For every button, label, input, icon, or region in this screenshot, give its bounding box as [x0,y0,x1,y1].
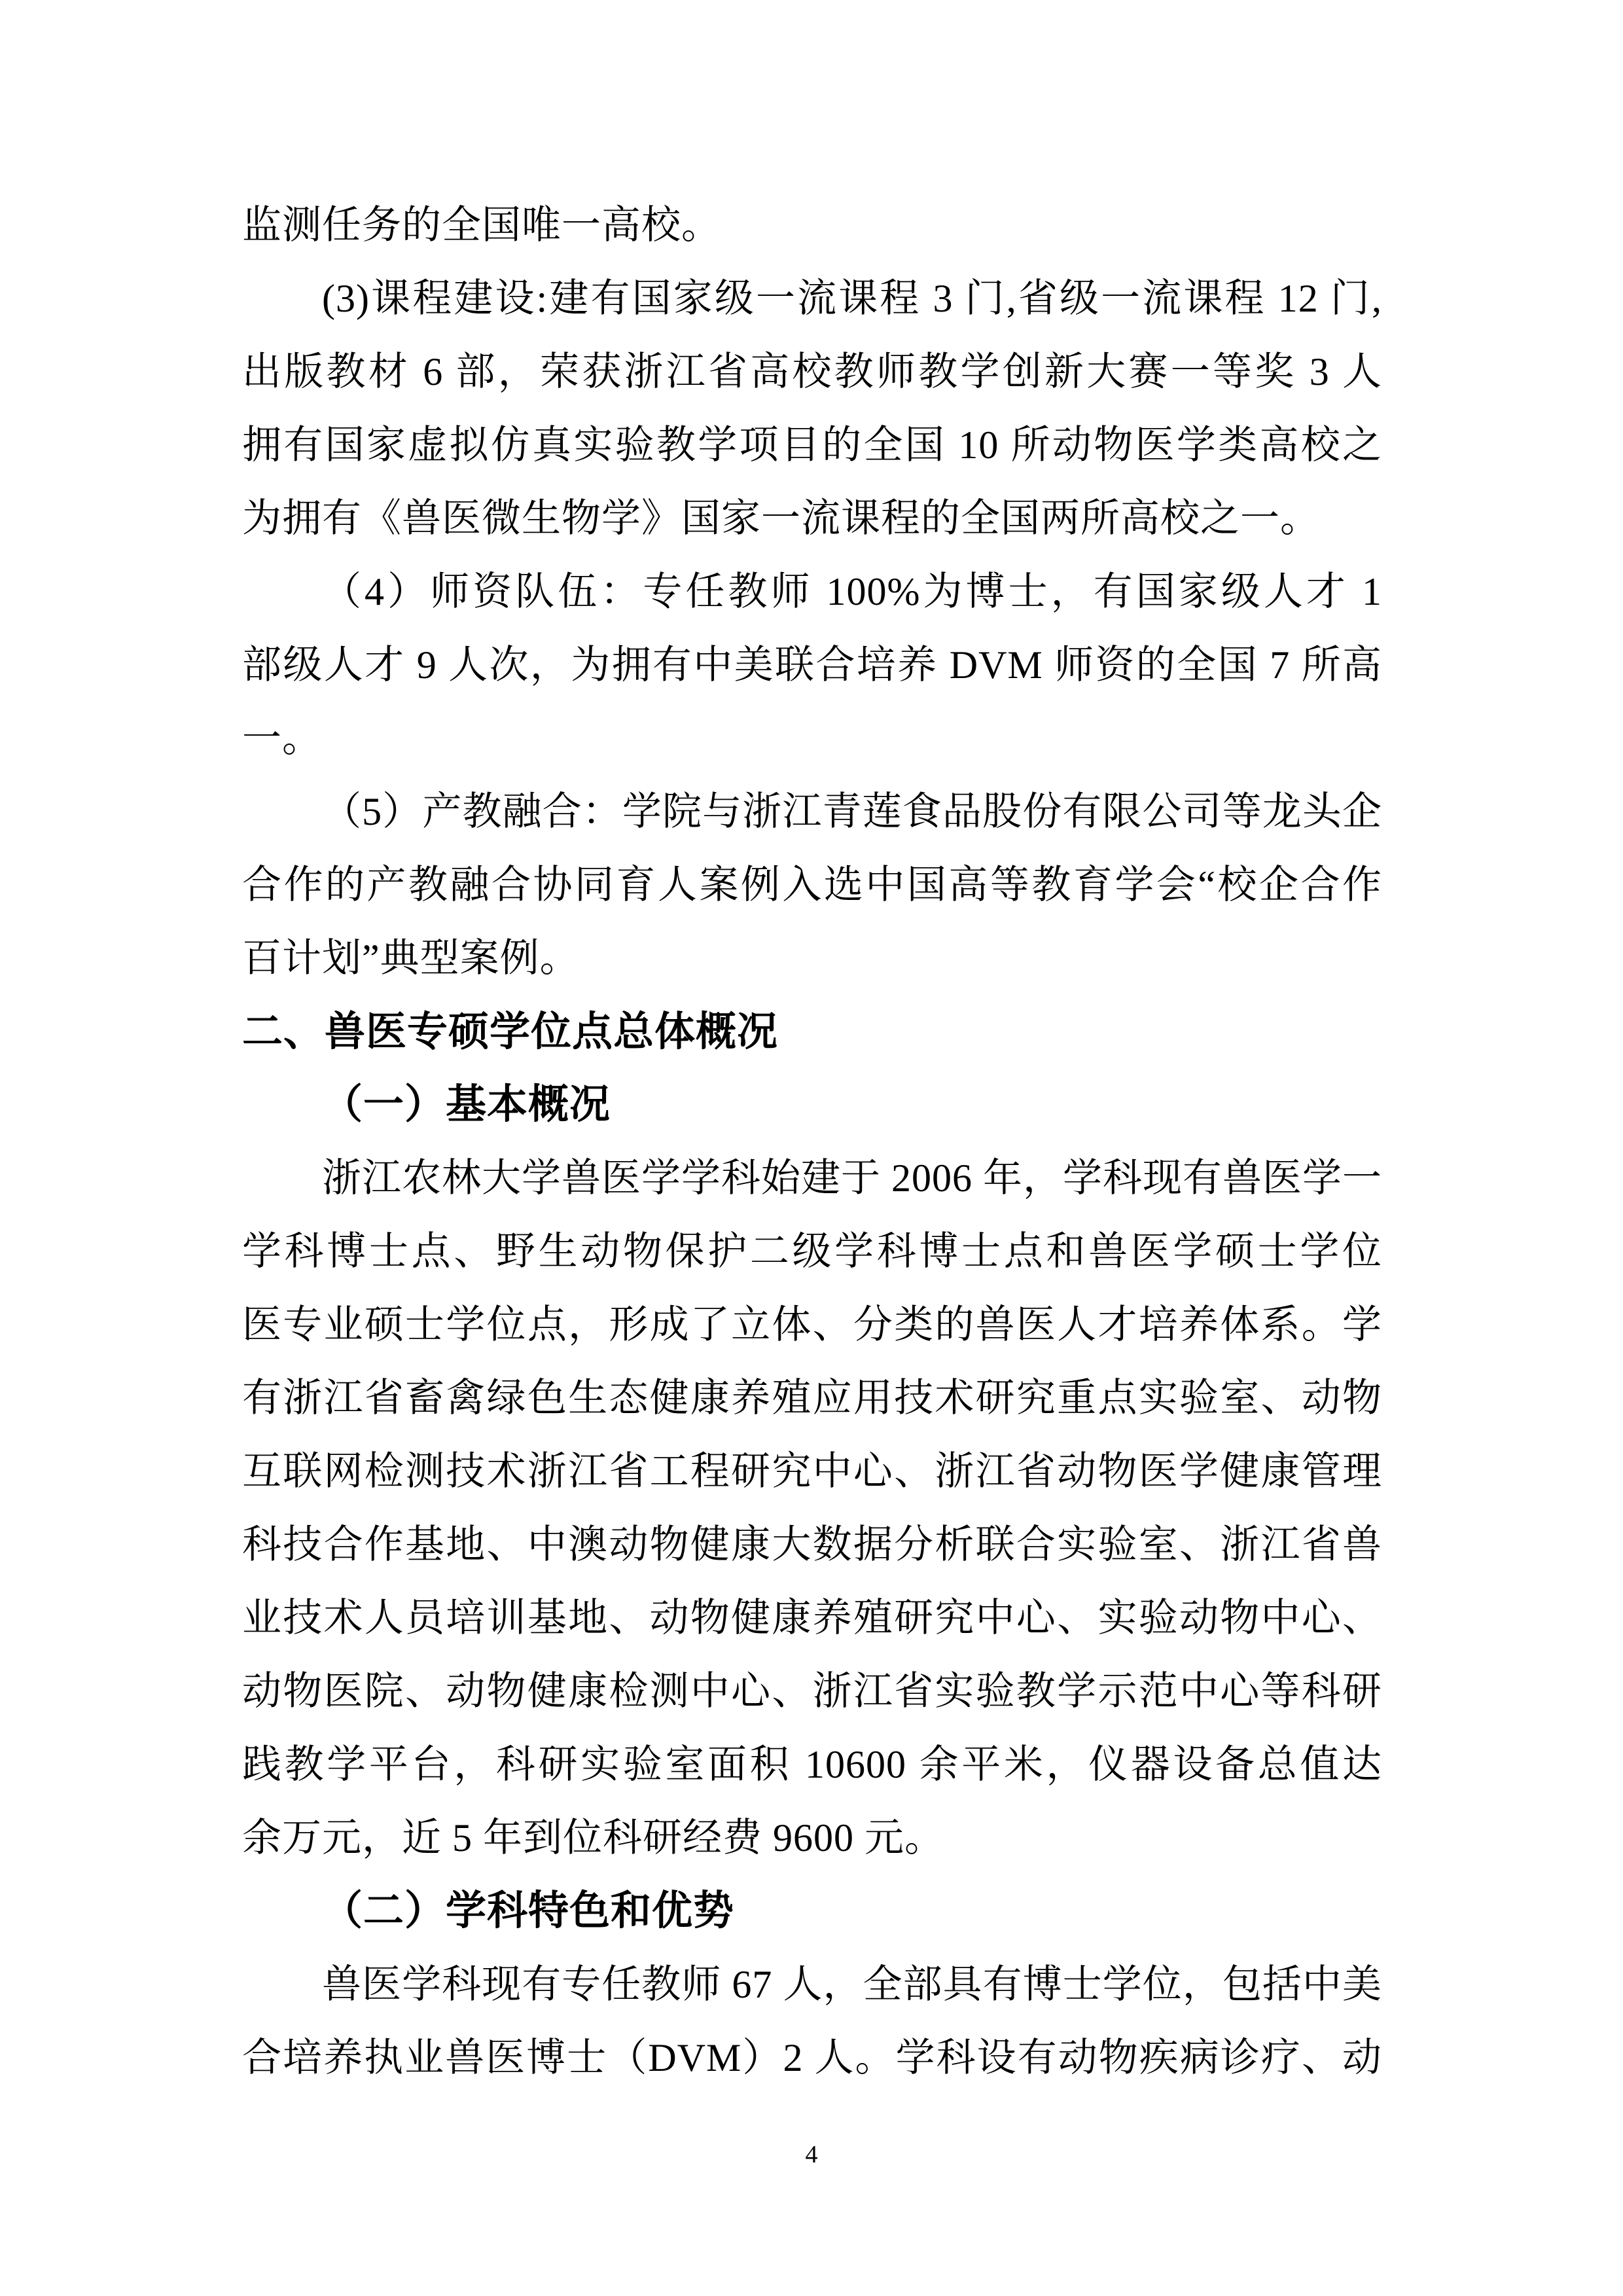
text-line: 为拥有《兽医微生物学》国家一流课程的全国两所高校之一。 [242,482,1382,555]
text-line: 合作的产教融合协同育人案例入选中国高等教育学会“校企合作 双 [242,848,1382,922]
text-line: （5）产教融合：学院与浙江青莲食品股份有限公司等龙头企业 [242,775,1382,848]
text-line: 浙江农林大学兽医学学科始建于 2006 年，学科现有兽医学一级 [242,1141,1382,1215]
text-line: 互联网检测技术浙江省工程研究中心、浙江省动物医学健康管理国际 [242,1435,1382,1508]
subsection-heading: （二）学科特色和优势 [242,1874,1382,1948]
text-line: 百计划”典型案例。 [242,922,1382,995]
text-line: 学科博士点、野生动物保护二级学科博士点和兽医学硕士学位点、兽 [242,1215,1382,1288]
text-line: 拥有国家虚拟仿真实验教学项目的全国 10 所动物医学类高校之一； [242,408,1382,482]
subsection-heading: （一）基本概况 [242,1068,1382,1141]
text-line: 余万元，近 5 年到位科研经费 9600 元。 [242,1801,1382,1874]
text-line: 动物医院、动物健康检测中心、浙江省实验教学示范中心等科研和实 [242,1655,1382,1728]
text-line: 医专业硕士学位点，形成了立体、分类的兽医人才培养体系。学科建 [242,1288,1382,1361]
text-block: 监测任务的全国唯一高校。 (3)课程建设:建有国家级一流课程 3 门,省级一流课… [242,188,1382,2094]
text-line: 兽医学科现有专任教师 67 人，全部具有博士学位，包括中美联 [242,1948,1382,2021]
text-line: 有浙江省畜禽绿色生态健康养殖应用技术研究重点实验室、动物健康 [242,1361,1382,1435]
text-line: 合培养执业兽医博士（DVM）2 人。学科设有动物疾病诊疗、动物疫病 [242,2021,1382,2094]
text-line: 监测任务的全国唯一高校。 [242,188,1382,262]
page-number: 4 [0,2135,1623,2174]
section-heading: 二、兽医专硕学位点总体概况 [242,995,1382,1068]
text-line: 部级人才 9 人次，为拥有中美联合培养 DVM 师资的全国 7 所高校之 [242,628,1382,702]
text-line: （4）师资队伍：专任教师 100%为博士，有国家级人才 1 人，省 [242,555,1382,628]
text-line: 出版教材 6 部，荣获浙江省高校教师教学创新大赛一等奖 3 人次；为 [242,335,1382,408]
document-page: 监测任务的全国唯一高校。 (3)课程建设:建有国家级一流课程 3 门,省级一流课… [0,0,1623,2296]
text-line: 业技术人员培训基地、动物健康养殖研究中心、实验动物中心、教学 [242,1581,1382,1655]
text-line: 一。 [242,702,1382,775]
text-line: 科技合作基地、中澳动物健康大数据分析联合实验室、浙江省兽医专 [242,1508,1382,1581]
text-line: (3)课程建设:建有国家级一流课程 3 门,省级一流课程 12 门, [242,262,1382,335]
text-line: 践教学平台，科研实验室面积 10600 余平米，仪器设备总值达 5000 [242,1728,1382,1801]
